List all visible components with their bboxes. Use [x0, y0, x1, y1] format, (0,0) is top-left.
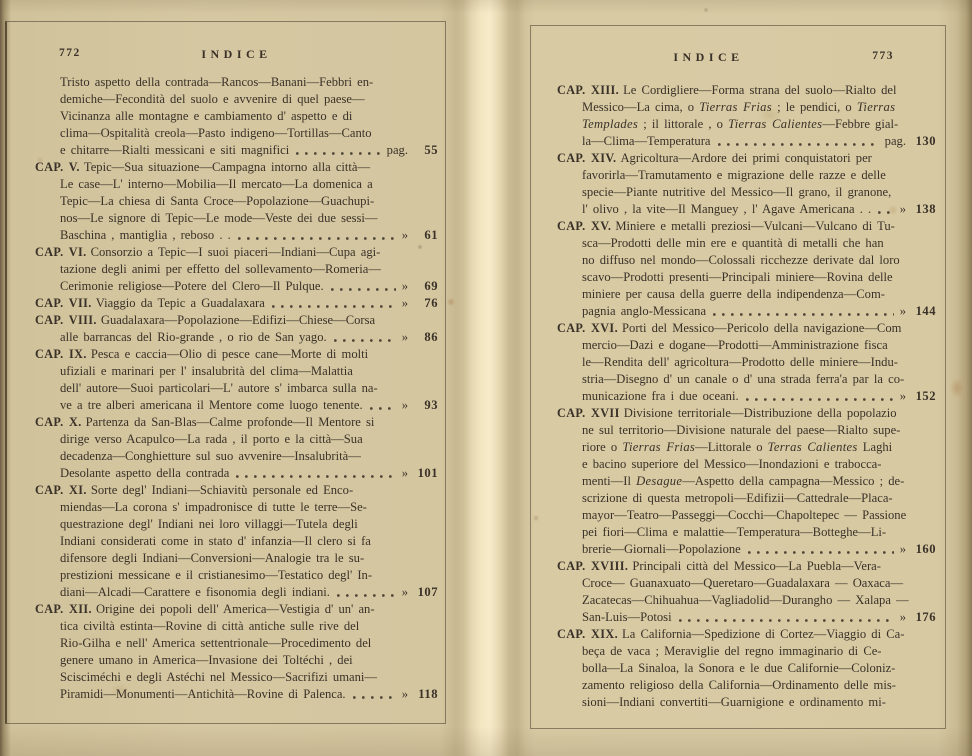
chapter-label: CAP. V. [35, 160, 84, 174]
entry-line: CAP. XIX.La California—Spedizione di Cor… [557, 626, 936, 643]
page-ref-mark: » [402, 397, 414, 414]
entry-text: Guadalaxara—Popolazione—Edifizi—Chiese—C… [101, 313, 375, 327]
entry-text: menti—Il Desague—Aspetto della campagna—… [582, 474, 904, 488]
index-entry: CAP. VIII.Guadalaxara—Popolazione—Edifiz… [35, 312, 438, 346]
chapter-label: CAP. X. [35, 415, 86, 429]
entry-text: sca—Prodotti delle min ere e quantità di… [582, 236, 884, 250]
entry-text: zamento religioso della California—Ordin… [582, 678, 896, 692]
chapter-label: CAP. XIV. [557, 151, 620, 165]
page-ref-mark: » [900, 388, 912, 405]
dot-leader [238, 236, 396, 241]
entry-line: ve a tre alberi americana il Mentore com… [35, 397, 438, 414]
page-ref-mark: » [402, 278, 414, 295]
entry-text: Desolante aspetto della contrada [60, 465, 229, 482]
page-ref-mark: pag. [885, 133, 912, 150]
index-entry: CAP. VII.Viaggio da Tepic a Guadalaxara»… [35, 295, 438, 312]
dot-leader [331, 287, 396, 292]
entry-page-number: 152 [912, 388, 936, 405]
entry-line: difensore degli Indiani—Conversioni—Anal… [35, 550, 438, 567]
entry-text: scrizione di questa metropoli—Edifizii—C… [582, 491, 893, 505]
entry-line: menti—Il Desague—Aspetto della campagna—… [557, 473, 936, 490]
entry-page-number: 86 [414, 329, 438, 346]
dot-leader [679, 618, 894, 623]
entry-text: Scisciméchi e degli Astéchi nel Messico—… [60, 670, 377, 684]
entry-text: municazione fra i due oceani. [582, 388, 739, 405]
entry-text: Miniere e metalli preziosi—Vulcani—Vulca… [615, 219, 895, 233]
dot-leader [353, 695, 396, 700]
entry-text: Piramidi—Monumenti—Antichità—Rovine di P… [60, 686, 346, 703]
page-ref-mark: » [900, 303, 912, 320]
entry-text: miniere per causa della guerre della ind… [582, 287, 885, 301]
entry-line: demiche—Fecondità del suolo e avvenire d… [35, 91, 438, 108]
index-entry: CAP. XI.Sorte degl' Indiani—Schiavitù pe… [35, 482, 438, 601]
entry-line: mercio—Dazi e dogane—Prodotti—Amministra… [557, 337, 936, 354]
entry-line: dirige verso Acapulco—La rada , il porto… [35, 431, 438, 448]
entry-line: CAP. X.Partenza da San-Blas—Calme profon… [35, 414, 438, 431]
dot-leader [296, 151, 380, 156]
entry-line: CAP. XI.Sorte degl' Indiani—Schiavitù pe… [35, 482, 438, 499]
chapter-label: CAP. XI. [35, 483, 91, 497]
entry-line: CAP. XIV.Agricoltura—Ardore dei primi co… [557, 150, 936, 167]
entry-text: Baschina , mantiglia , reboso . . [60, 227, 231, 244]
entry-line: Messico—La cima, o Tierras Frias ; le pe… [557, 99, 936, 116]
entry-text: Le case—L' interno—Mobilia—Il mercato—La… [60, 177, 373, 191]
dot-leader [334, 338, 396, 343]
entry-line: decadenza—Conghietture sul suo avvenire—… [35, 448, 438, 465]
entry-line: pagnia anglo-Messicana»144 [557, 303, 936, 320]
entry-line: Desolante aspetto della contrada»101 [35, 465, 438, 482]
entry-text: Origine dei popoli dell' America—Vestigi… [96, 602, 375, 616]
entry-text: Tristo aspetto della contrada—Rancos—Ban… [60, 75, 373, 89]
entry-line: Croce— Guanaxuato—Queretaro—Guadalaxara … [557, 575, 936, 592]
entry-text: tazione degli animi per effetto del soll… [60, 262, 381, 276]
index-entry: CAP. XIII.Le Cordigliere—Forma strana de… [557, 82, 936, 150]
entry-line: la—Clima—Temperaturapag.130 [557, 133, 936, 150]
entry-line: nos—Le signore di Tepic—Le mode—Veste de… [35, 210, 438, 227]
entry-line: pei fiori—Clima e malattie—Temperatura—B… [557, 524, 936, 541]
entry-text: Principali città del Messico—La Puebla—V… [632, 559, 881, 573]
entry-line: favorirla—Tramutamento e migrazione dell… [557, 167, 936, 184]
entry-line: CAP. XVIII.Principali città del Messico—… [557, 558, 936, 575]
index-entry: CAP. XV.Miniere e metalli preziosi—Vulca… [557, 218, 936, 320]
entry-text: Vicinanza alle montagne e cambiamento d'… [60, 109, 352, 123]
entry-text: clima—Ospitalità creola—Pasto indigeno—T… [60, 126, 372, 140]
entry-text: dell' autore—Suoi particolari—L' autore … [60, 381, 378, 395]
dot-leader [713, 312, 894, 317]
index-entry: CAP. IX.Pesca e caccia—Olio di pesce can… [35, 346, 438, 414]
entry-page-number: 138 [912, 201, 936, 218]
entry-text: Partenza da San-Blas—Calme profonde—Il M… [86, 415, 375, 429]
entry-text: Consorzio a Tepic—I suoi piaceri—Indiani… [91, 245, 381, 259]
entry-text: la—Clima—Temperatura [582, 133, 711, 150]
chapter-label: CAP. XVII [557, 406, 624, 420]
entry-line: sca—Prodotti delle min ere e quantità di… [557, 235, 936, 252]
entry-line: Cerimonie religiose—Potere del Clero—Il … [35, 278, 438, 295]
entry-text: Divisione territoriale—Distribuzione del… [624, 406, 897, 420]
entry-text: questrazione degl' Indiani nei loro vill… [60, 517, 358, 531]
entry-text: mercio—Dazi e dogane—Prodotti—Amministra… [582, 338, 888, 352]
dot-leader [718, 142, 879, 147]
entry-line: Tepic—La chiesa di Santa Croce—Popolazio… [35, 193, 438, 210]
index-entry: CAP. XVIII.Principali città del Messico—… [557, 558, 936, 626]
entry-page-number: 76 [414, 295, 438, 312]
entry-text: e chitarre—Rialti messicani e siti magni… [60, 142, 289, 159]
index-entry: CAP. VI.Consorzio a Tepic—I suoi piaceri… [35, 244, 438, 295]
entry-line: stria—Disegno d' un canale o d' una stra… [557, 371, 936, 388]
entry-text: bolla—La Sinaloa, la Sonora e le due Cal… [582, 661, 895, 675]
entry-text: demiche—Fecondità del suolo e avvenire d… [60, 92, 365, 106]
chapter-label: CAP. XIII. [557, 83, 623, 97]
entry-page-number: 160 [912, 541, 936, 558]
entry-line: mayor—Teatro—Passeggi—Cocchi—Chapoltepec… [557, 507, 936, 524]
entry-line: Tristo aspetto della contrada—Rancos—Ban… [35, 74, 438, 91]
index-entry: CAP. X.Partenza da San-Blas—Calme profon… [35, 414, 438, 482]
entry-line: riore o Tierras Frias—Littorale o Terras… [557, 439, 936, 456]
dot-leader [878, 210, 894, 215]
entry-line: CAP. VIII.Guadalaxara—Popolazione—Edifiz… [35, 312, 438, 329]
chapter-label: CAP. XVI. [557, 321, 622, 335]
dot-leader [337, 593, 396, 598]
entry-text: San-Luis—Potosi [582, 609, 672, 626]
page-ref-mark: » [402, 295, 414, 312]
entry-page-number: 118 [414, 686, 438, 703]
chapter-label: CAP. XII. [35, 602, 96, 616]
entry-text: no diffuso nel mondo—Colossali ricchezze… [582, 253, 900, 267]
entry-page-number: 93 [414, 397, 438, 414]
left-page: 772 INDICE Tristo aspetto della contrada… [5, 21, 446, 724]
entry-text: Zacatecas—Chihuahua—Vagliadolid—Durangho… [582, 593, 909, 607]
entry-text: dirige verso Acapulco—La rada , il porto… [60, 432, 363, 446]
chapter-label: CAP. IX. [35, 347, 91, 361]
entry-text: pei fiori—Clima e malattie—Temperatura—B… [582, 525, 886, 539]
entry-text: nos—Le signore di Tepic—Le mode—Veste de… [60, 211, 378, 225]
entry-text: La California—Spedizione di Cortez—Viagg… [622, 627, 904, 641]
entry-line: zamento religioso della California—Ordin… [557, 677, 936, 694]
dot-leader [746, 397, 894, 402]
index-entry: CAP. XII.Origine dei popoli dell' Americ… [35, 601, 438, 703]
entry-line: Le case—L' interno—Mobilia—Il mercato—La… [35, 176, 438, 193]
entry-line: CAP. XIII.Le Cordigliere—Forma strana de… [557, 82, 936, 99]
entry-line: genere umano in America—Invasione dei To… [35, 652, 438, 669]
entry-text: Croce— Guanaxuato—Queretaro—Guadalaxara … [582, 576, 903, 590]
entry-line: clima—Ospitalità creola—Pasto indigeno—T… [35, 125, 438, 142]
entry-line: CAP. IX.Pesca e caccia—Olio di pesce can… [35, 346, 438, 363]
entry-line: specie—Piante nutritive del Messico—Il g… [557, 184, 936, 201]
entry-text: mayor—Teatro—Passeggi—Cocchi—Chapoltepec… [582, 508, 906, 522]
entry-line: scavo—Prodotti presenti—Principali minie… [557, 269, 936, 286]
entry-text: e bacino superiore del Messico—Inondazio… [582, 457, 881, 471]
page-ref-mark: » [402, 686, 414, 703]
entry-line: San-Luis—Potosi»176 [557, 609, 936, 626]
left-page-header: 772 INDICE [35, 47, 438, 65]
entry-text: Templades ; il littorale , o Tierras Cal… [582, 117, 898, 131]
page-ref-mark: » [402, 465, 414, 482]
entry-line: ne sul territorio—Divisione naturale del… [557, 422, 936, 439]
entry-line: Zacatecas—Chihuahua—Vagliadolid—Durangho… [557, 592, 936, 609]
entry-text: Messico—La cima, o Tierras Frias ; le pe… [582, 100, 895, 114]
entry-text: le—Rendita dell' agricoltura—Prodotto de… [582, 355, 898, 369]
entry-text: Indiani considerati come in stato d' inf… [60, 534, 371, 548]
entry-line: tazione degli animi per effetto del soll… [35, 261, 438, 278]
index-entry: CAP. XIX.La California—Spedizione di Cor… [557, 626, 936, 711]
right-page-entries: CAP. XIII.Le Cordigliere—Forma strana de… [557, 82, 936, 711]
left-page-entries: Tristo aspetto della contrada—Rancos—Ban… [35, 74, 438, 703]
entry-line: CAP. V.Tepic—Sua situazione—Campagna int… [35, 159, 438, 176]
entry-page-number: 144 [912, 303, 936, 320]
entry-line: sioni—Indiani convertiti—Guarnigione e o… [557, 694, 936, 711]
chapter-label: CAP. VI. [35, 245, 91, 259]
index-entry: CAP. XVI.Porti del Messico—Pericolo dell… [557, 320, 936, 405]
entry-text: Rio-Gilha e nell' America settentrionale… [60, 636, 371, 650]
index-entry: CAP. XIV.Agricoltura—Ardore dei primi co… [557, 150, 936, 218]
entry-line: Vicinanza alle montagne e cambiamento d'… [35, 108, 438, 125]
entry-line: ufiziali e marinari per l' insalubrità d… [35, 363, 438, 380]
entry-line: CAP. VII.Viaggio da Tepic a Guadalaxara»… [35, 295, 438, 312]
chapter-label: CAP. XVIII. [557, 559, 632, 573]
entry-text: alle barrancas del Rio-grande , o rio de… [60, 329, 327, 346]
dot-leader [272, 304, 396, 309]
entry-line: CAP. XVIIDivisione territoriale—Distribu… [557, 405, 936, 422]
page-ref-mark: pag. [387, 142, 414, 159]
entry-text: genere umano in America—Invasione dei To… [60, 653, 353, 667]
entry-line: e chitarre—Rialti messicani e siti magni… [35, 142, 438, 159]
right-running-title: INDICE [519, 50, 898, 65]
entry-text: riore o Tierras Frias—Littorale o Terras… [582, 440, 892, 454]
entry-page-number: 176 [912, 609, 936, 626]
page-ref-mark: » [900, 541, 912, 558]
entry-text: tica civiltà estinta—Rovine di città ant… [60, 619, 359, 633]
entry-page-number: 107 [414, 584, 438, 601]
entry-line: beça de vaca ; Meraviglie del regno imma… [557, 643, 936, 660]
entry-text: diani—Alcadi—Carattere e fisonomia degli… [60, 584, 330, 601]
entry-text: Cerimonie religiose—Potere del Clero—Il … [60, 278, 324, 295]
chapter-label: CAP. VII. [35, 295, 96, 312]
entry-text: Pesca e caccia—Olio di pesce cane—Morte … [91, 347, 368, 361]
entry-text: Tepic—Sua situazione—Campagna intorno al… [84, 160, 370, 174]
chapter-label: CAP. XIX. [557, 627, 622, 641]
entry-line: le—Rendita dell' agricoltura—Prodotto de… [557, 354, 936, 371]
entry-text: brerie—Giornali—Popolazione [582, 541, 741, 558]
entry-page-number: 130 [912, 133, 936, 150]
entry-text: stria—Disegno d' un canale o d' una stra… [582, 372, 904, 386]
entry-line: Baschina , mantiglia , reboso . .»61 [35, 227, 438, 244]
left-running-title: INDICE [35, 47, 438, 62]
entry-text: ne sul territorio—Divisione naturale del… [582, 423, 900, 437]
entry-text: Porti del Messico—Pericolo della navigaz… [622, 321, 901, 335]
right-page-header: INDICE 773 [559, 50, 938, 68]
page-ref-mark: » [402, 584, 414, 601]
entry-text: l' olivo , la vite—Il Manguey , l' Agave… [582, 201, 871, 218]
entry-text: prestizioni messicane e il cristianesimo… [60, 568, 372, 582]
entry-line: CAP. XV.Miniere e metalli preziosi—Vulca… [557, 218, 936, 235]
dot-leader [370, 406, 396, 411]
entry-text: specie—Piante nutritive del Messico—Il g… [582, 185, 891, 199]
entry-text: Sorte degl' Indiani—Schiavitù personale … [91, 483, 353, 497]
entry-text: scavo—Prodotti presenti—Principali minie… [582, 270, 893, 284]
entry-text: ve a tre alberi americana il Mentore com… [60, 397, 363, 414]
book-spread: 772 INDICE Tristo aspetto della contrada… [0, 0, 972, 756]
entry-page-number: 69 [414, 278, 438, 295]
left-folio-number: 772 [59, 47, 81, 59]
entry-text: Viaggio da Tepic a Guadalaxara [96, 295, 265, 312]
page-ref-mark: » [402, 329, 414, 346]
page-ref-mark: » [402, 227, 414, 244]
entry-line: miendas—La corona s' impadronisce di tut… [35, 499, 438, 516]
entry-text: pagnia anglo-Messicana [582, 303, 706, 320]
entry-text: Tepic—La chiesa di Santa Croce—Popolazio… [60, 194, 374, 208]
entry-line: brerie—Giornali—Popolazione»160 [557, 541, 936, 558]
entry-line: Templades ; il littorale , o Tierras Cal… [557, 116, 936, 133]
entry-line: miniere per causa della guerre della ind… [557, 286, 936, 303]
index-entry: CAP. XVIIDivisione territoriale—Distribu… [557, 405, 936, 558]
index-entry: CAP. V.Tepic—Sua situazione—Campagna int… [35, 159, 438, 244]
entry-text: beça de vaca ; Meraviglie del regno imma… [582, 644, 882, 658]
entry-line: tica civiltà estinta—Rovine di città ant… [35, 618, 438, 635]
page-ref-mark: » [900, 609, 912, 626]
entry-line: Indiani considerati come in stato d' inf… [35, 533, 438, 550]
entry-line: no diffuso nel mondo—Colossali ricchezze… [557, 252, 936, 269]
entry-line: CAP. XVI.Porti del Messico—Pericolo dell… [557, 320, 936, 337]
entry-line: CAP. XII.Origine dei popoli dell' Americ… [35, 601, 438, 618]
entry-line: Piramidi—Monumenti—Antichità—Rovine di P… [35, 686, 438, 703]
entry-line: Scisciméchi e degli Astéchi nel Messico—… [35, 669, 438, 686]
entry-text: Le Cordigliere—Forma strana del suolo—Ri… [623, 83, 896, 97]
dot-leader [236, 474, 395, 479]
entry-line: l' olivo , la vite—Il Manguey , l' Agave… [557, 201, 936, 218]
entry-line: prestizioni messicane e il cristianesimo… [35, 567, 438, 584]
page-ref-mark: » [900, 201, 912, 218]
right-page: INDICE 773 CAP. XIII.Le Cordigliere—Form… [530, 25, 946, 729]
dot-leader [748, 550, 894, 555]
entry-line: Rio-Gilha e nell' America settentrionale… [35, 635, 438, 652]
entry-line: alle barrancas del Rio-grande , o rio de… [35, 329, 438, 346]
entry-text: ufiziali e marinari per l' insalubrità d… [60, 364, 353, 378]
entry-line: CAP. VI.Consorzio a Tepic—I suoi piaceri… [35, 244, 438, 261]
chapter-label: CAP. XV. [557, 219, 615, 233]
entry-line: dell' autore—Suoi particolari—L' autore … [35, 380, 438, 397]
entry-text: Agricoltura—Ardore dei primi conquistato… [620, 151, 871, 165]
entry-text: difensore degli Indiani—Conversioni—Anal… [60, 551, 364, 565]
entry-page-number: 101 [414, 465, 438, 482]
entry-line: bolla—La Sinaloa, la Sonora e le due Cal… [557, 660, 936, 677]
entry-line: questrazione degl' Indiani nei loro vill… [35, 516, 438, 533]
entry-text: miendas—La corona s' impadronisce di tut… [60, 500, 367, 514]
entry-page-number: 55 [414, 142, 438, 159]
entry-text: decadenza—Conghietture sul suo avvenire—… [60, 449, 361, 463]
entry-page-number: 61 [414, 227, 438, 244]
chapter-label: CAP. VIII. [35, 313, 101, 327]
entry-text: sioni—Indiani convertiti—Guarnigione e o… [582, 695, 886, 709]
entry-line: municazione fra i due oceani.»152 [557, 388, 936, 405]
entry-line: e bacino superiore del Messico—Inondazio… [557, 456, 936, 473]
entry-line: diani—Alcadi—Carattere e fisonomia degli… [35, 584, 438, 601]
right-folio-number: 773 [872, 50, 894, 62]
entry-text: favorirla—Tramutamento e migrazione dell… [582, 168, 886, 182]
entry-line: scrizione di questa metropoli—Edifizii—C… [557, 490, 936, 507]
index-entry: Tristo aspetto della contrada—Rancos—Ban… [35, 74, 438, 159]
